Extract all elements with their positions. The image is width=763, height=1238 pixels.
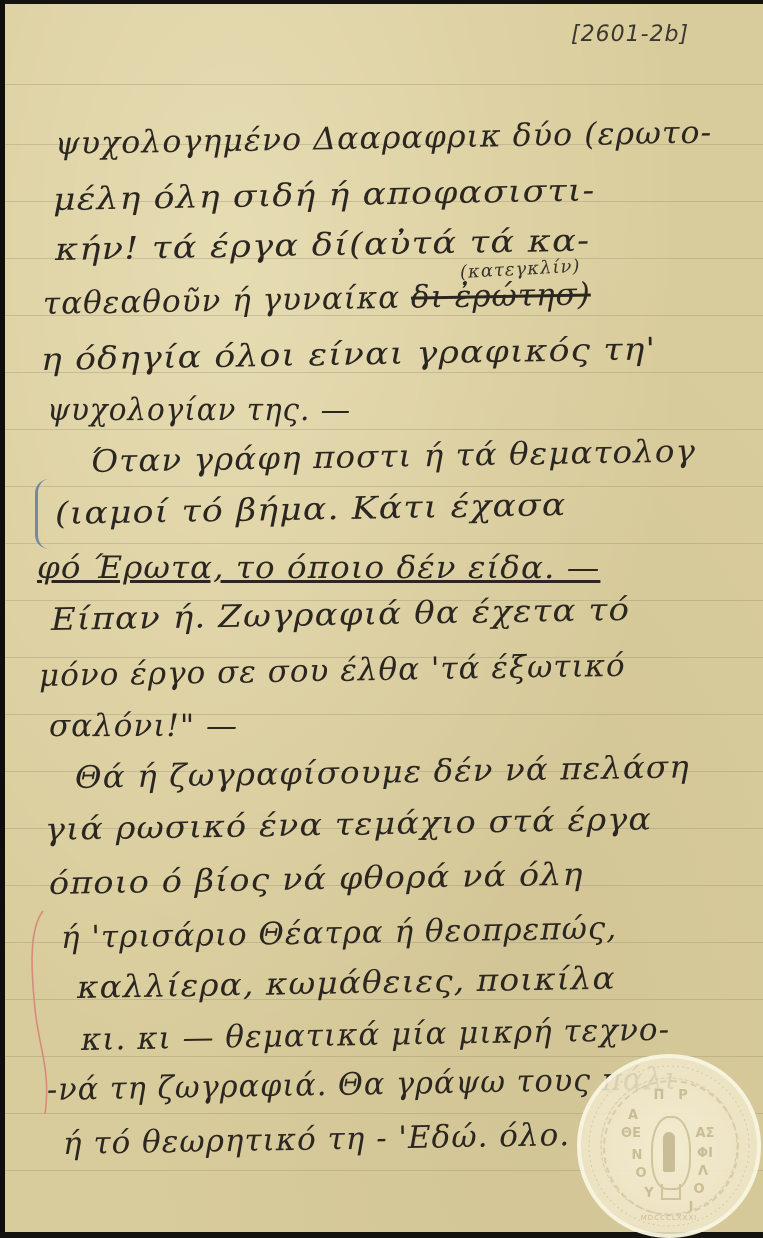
handwritten-line-16: ή 'τρισάριο Θέατρα ή θεοπρεπώς, [61, 910, 618, 956]
handwritten-line-8: (ιαμοί τό βήμα. Κάτι έχασα [55, 487, 567, 532]
handwritten-line-10: Είπαν ή. Ζωγραφιά θα έχετα τό [51, 592, 631, 638]
seal-vase-base-icon [661, 1184, 681, 1200]
handwritten-line-7: Όταν γράφη ποστι ή τά θεματολογ [91, 433, 697, 480]
handwritten-line-9: φό Έρωτα, το όποιο δέν είδα. — [37, 550, 600, 586]
handwritten-line-11: μόνο έργο σε σου έλθα 'τά έξωτικό [39, 648, 626, 694]
handwritten-line-20: ή τό θεωρητικό τη - 'Εδώ. όλο. [63, 1117, 571, 1162]
handwritten-line-18: κι. κι — θεματικά μία μικρή τεχνο- [81, 1012, 671, 1058]
seal-letter: Υ [639, 1186, 659, 1201]
seal-letter: Ι [681, 1200, 701, 1215]
handwritten-line-6: ψυχολογίαν της. — [47, 392, 351, 428]
line-4-main: ταθεαθοῦν ή γυναίκα [43, 280, 401, 322]
handwritten-line-1: ψυχολογημένο Δααραφρικ δύο (ερωτο- [55, 115, 713, 162]
letter-page: [2601-2b] ψυχολογημένο Δααραφρικ δύο (ερ… [5, 4, 763, 1232]
seal-letter: Λ [693, 1164, 713, 1179]
blue-margin-bracket [35, 479, 52, 549]
embossed-seal: Π Ρ Α ΘΕ Ν Ο Υ ΑΣ ΦΙ Λ Ο Ι MDCCCLXXXI [577, 1054, 761, 1238]
seal-letter: Ν [627, 1148, 647, 1163]
seal-letter: Ρ [673, 1088, 693, 1103]
handwritten-line-14: γιά ρωσικό ένα τεμάχιο στά έργα [45, 801, 653, 848]
line-4-struck-text: δι ἐρώτησ) [411, 276, 591, 315]
seal-year: MDCCCLXXXI [627, 1214, 711, 1222]
ruled-line [5, 429, 763, 430]
seal-letter: Π [649, 1088, 669, 1103]
seal-letter: ΘΕ [621, 1126, 641, 1141]
handwritten-line-5: η όδηγία όλοι είναι γραφικός τη' [41, 331, 657, 378]
seal-letter: Ο [689, 1182, 709, 1197]
seal-figure-icon [663, 1132, 675, 1172]
ruled-line [5, 486, 763, 487]
seal-letter: ΦΙ [695, 1146, 715, 1161]
ruled-line [5, 543, 763, 544]
seal-letter: ΑΣ [695, 1126, 715, 1141]
archive-reference: [2601-2b] [571, 22, 689, 47]
handwritten-line-2: μέλη όλη σιδή ή αποφασιστι- [53, 173, 596, 218]
red-margin-line [21, 909, 51, 1119]
ruled-line [5, 84, 763, 85]
seal-letter: Ο [631, 1166, 651, 1181]
handwritten-line-13: Θά ή ζωγραφίσουμε δέν νά πελάση [75, 749, 690, 796]
handwritten-line-15: όποιο ό βίος νά φθορά νά όλη [49, 857, 584, 902]
handwritten-line-12: σαλόνι!" — [49, 708, 238, 744]
seal-letter: Α [623, 1108, 643, 1123]
